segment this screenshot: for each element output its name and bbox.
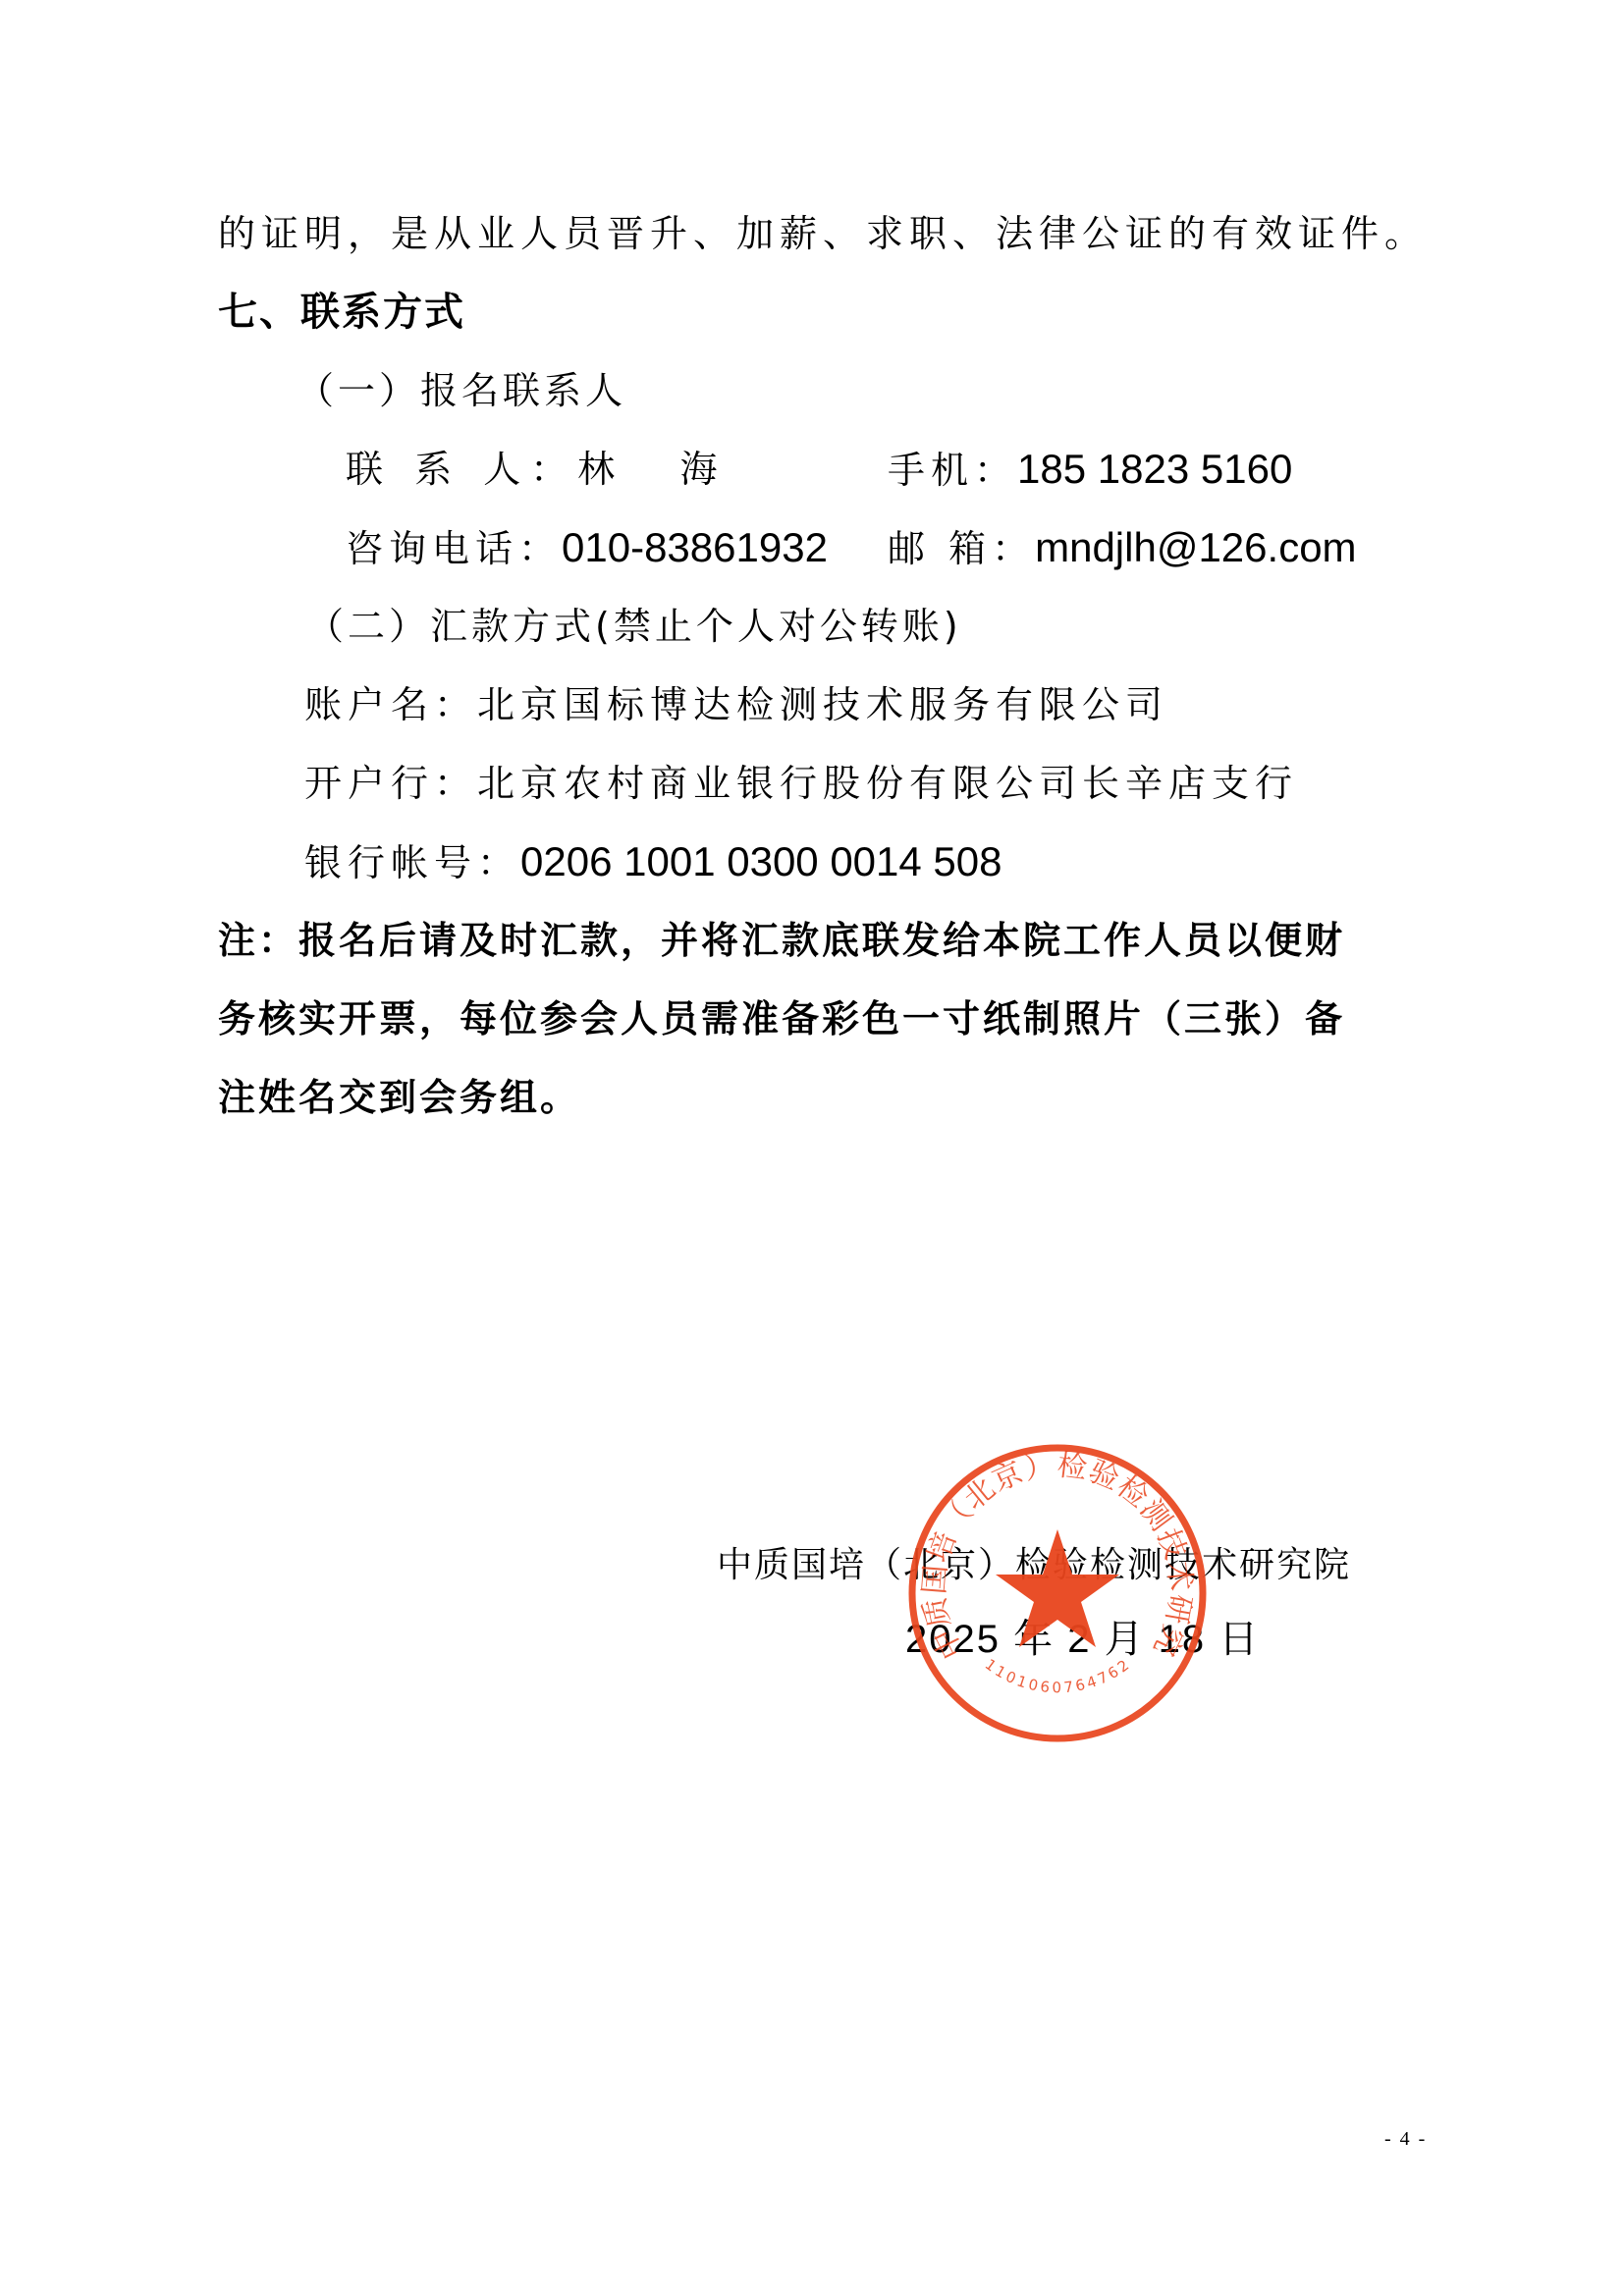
mobile-row: 手机：185 1823 5160 [888, 446, 1292, 494]
section-heading-contact: 七、联系方式 [218, 289, 465, 336]
account-name-value: 北京国标博达检测技术服务有限公司 [477, 683, 1168, 726]
contact-person-value: 林 海 [577, 448, 731, 491]
mobile-value: 185 1823 5160 [1017, 446, 1292, 492]
document-page: 的证明，是从业人员晋升、加薪、求职、法律公证的有效证件。 七、联系方式 （一）报… [0, 0, 1624, 2296]
official-seal-stamp: 中质国培（北京）检验检测技术研究院 1101060764762 [905, 1441, 1210, 1745]
email-value[interactable]: mndjlh@126.com [1035, 524, 1356, 570]
email-row: 邮 箱：mndjlh@126.com [888, 524, 1357, 572]
signature-date: 2025 年 2 月 18 日 [905, 1618, 1260, 1661]
note-line-3: 注姓名交到会务组。 [218, 1074, 580, 1121]
bank-label: 开户行： [304, 762, 477, 805]
subheading-payment-method: （二）汇款方式(禁止个人对公转账) [306, 603, 962, 650]
bank-value: 北京农村商业银行股份有限公司长辛店支行 [477, 762, 1298, 805]
subheading-registration-contact: （一）报名联系人 [297, 367, 626, 414]
account-name-label: 账户名： [304, 683, 477, 726]
continuation-text-line: 的证明，是从业人员晋升、加薪、求职、法律公证的有效证件。 [218, 210, 1428, 257]
note-line-1: 注：报名后请及时汇款，并将汇款底联发给本院工作人员以便财 [218, 917, 1345, 964]
email-label: 邮 箱： [888, 527, 1035, 570]
account-number-value: 0206 1001 0300 0014 508 [520, 838, 1002, 884]
mobile-label: 手机： [888, 449, 1017, 492]
note-line-2: 务核实开票，每位参会人员需准备彩色一寸纸制照片（三张）备 [218, 995, 1345, 1042]
account-name-row: 账户名：北京国标博达检测技术服务有限公司 [304, 681, 1168, 728]
signature-organization: 中质国培（北京）检验检测技术研究院 [717, 1544, 1351, 1587]
contact-person-label: 联 系 人： [346, 448, 577, 491]
consult-phone-row: 咨询电话：010-83861932 [346, 524, 828, 572]
bank-row: 开户行：北京农村商业银行股份有限公司长辛店支行 [304, 760, 1298, 807]
page-number: - 4 - [1384, 2128, 1427, 2151]
account-number-label: 银行帐号： [304, 841, 520, 884]
contact-person-row: 联 系 人：林 海 [346, 446, 731, 493]
account-number-row: 银行帐号：0206 1001 0300 0014 508 [304, 838, 1002, 886]
consult-phone-value: 010-83861932 [562, 524, 828, 570]
consult-phone-label: 咨询电话： [346, 527, 562, 570]
